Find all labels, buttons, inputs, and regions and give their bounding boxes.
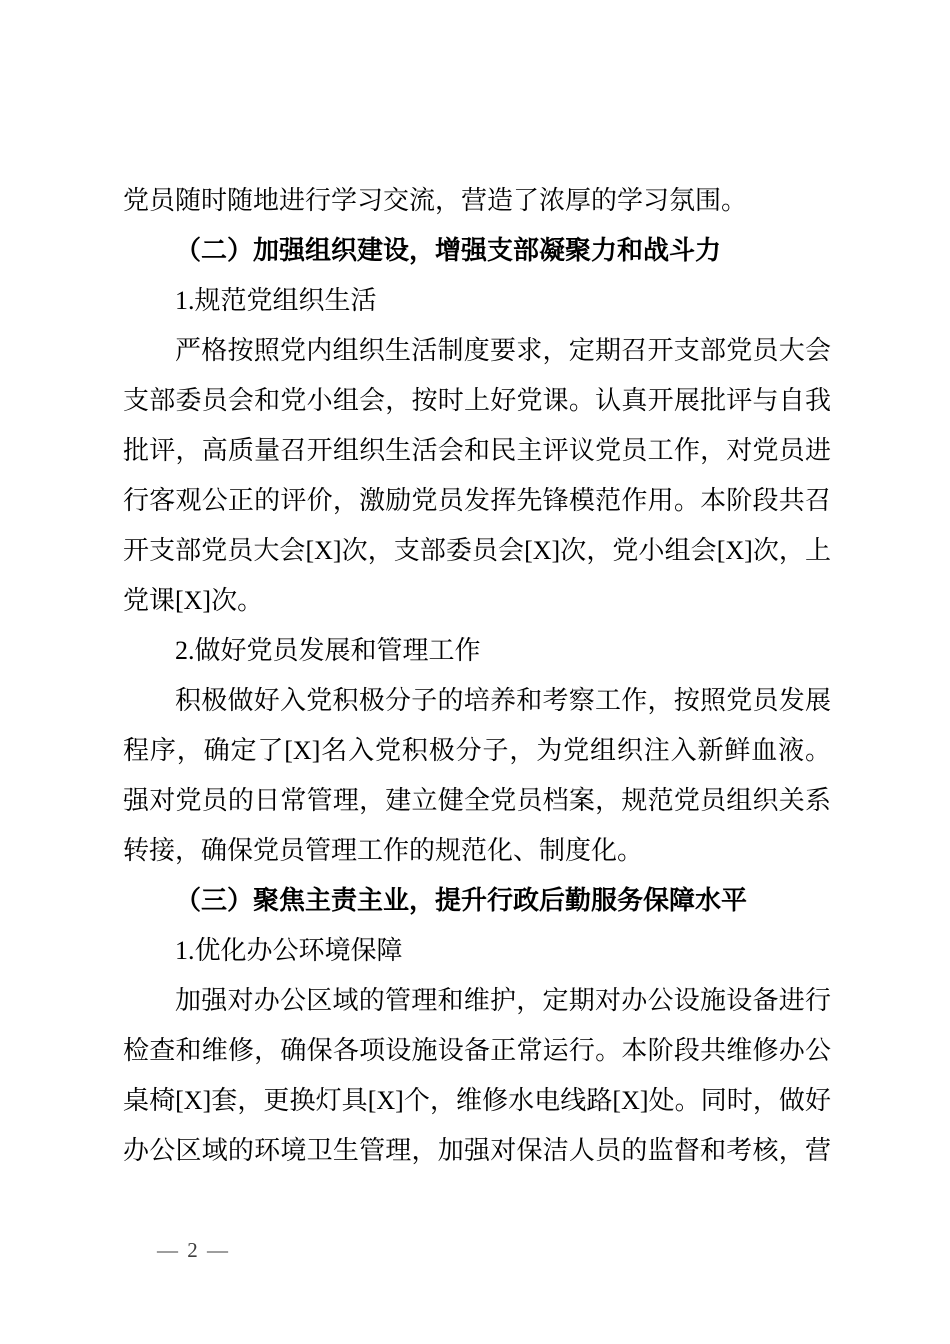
text-line: 程序，确定了[X]名入党积极分子，为党组织注入新鲜血液。加	[123, 726, 831, 776]
text-line: 党员随时随地进行学习交流，营造了浓厚的学习氛围。	[123, 176, 831, 226]
document-page: 党员随时随地进行学习交流，营造了浓厚的学习氛围。 （二）加强组织建设，增强支部凝…	[0, 0, 950, 1344]
text-line: 转接，确保党员管理工作的规范化、制度化。	[123, 826, 831, 876]
text-line: 加强对办公区域的管理和维护，定期对办公设施设备进行	[123, 976, 831, 1026]
text-line: 桌椅[X]套，更换灯具[X]个，维修水电线路[X]处。同时，做好	[123, 1076, 831, 1126]
heading-section-2: （二）加强组织建设，增强支部凝聚力和战斗力	[123, 226, 831, 276]
text-line: 行客观公正的评价，激励党员发挥先锋模范作用。本阶段共召	[123, 476, 831, 526]
subheading-office-environment: 1.优化办公环境保障	[123, 926, 831, 976]
text-line: 检查和维修，确保各项设施设备正常运行。本阶段共维修办公	[123, 1026, 831, 1076]
text-line: 支部委员会和党小组会，按时上好党课。认真开展批评与自我	[123, 376, 831, 426]
text-line: 批评，高质量召开组织生活会和民主评议党员工作，对党员进	[123, 426, 831, 476]
text-line: 积极做好入党积极分子的培养和考察工作，按照党员发展	[123, 676, 831, 726]
text-line: 办公区域的环境卫生管理，加强对保洁人员的监督和考核，营	[123, 1126, 831, 1176]
text-line: 严格按照党内组织生活制度要求，定期召开支部党员大会	[123, 326, 831, 376]
page-number: — 2 —	[157, 1238, 230, 1262]
document-body: 党员随时随地进行学习交流，营造了浓厚的学习氛围。 （二）加强组织建设，增强支部凝…	[123, 176, 831, 1176]
text-line: 强对党员的日常管理，建立健全党员档案，规范党员组织关系	[123, 776, 831, 826]
subheading-member-development: 2.做好党员发展和管理工作	[123, 626, 831, 676]
subheading-standardize-org-life: 1.规范党组织生活	[123, 276, 831, 326]
heading-section-3: （三）聚焦主责主业，提升行政后勤服务保障水平	[123, 876, 831, 926]
text-line: 开支部党员大会[X]次，支部委员会[X]次，党小组会[X]次，上	[123, 526, 831, 576]
text-line: 党课[X]次。	[123, 576, 831, 626]
